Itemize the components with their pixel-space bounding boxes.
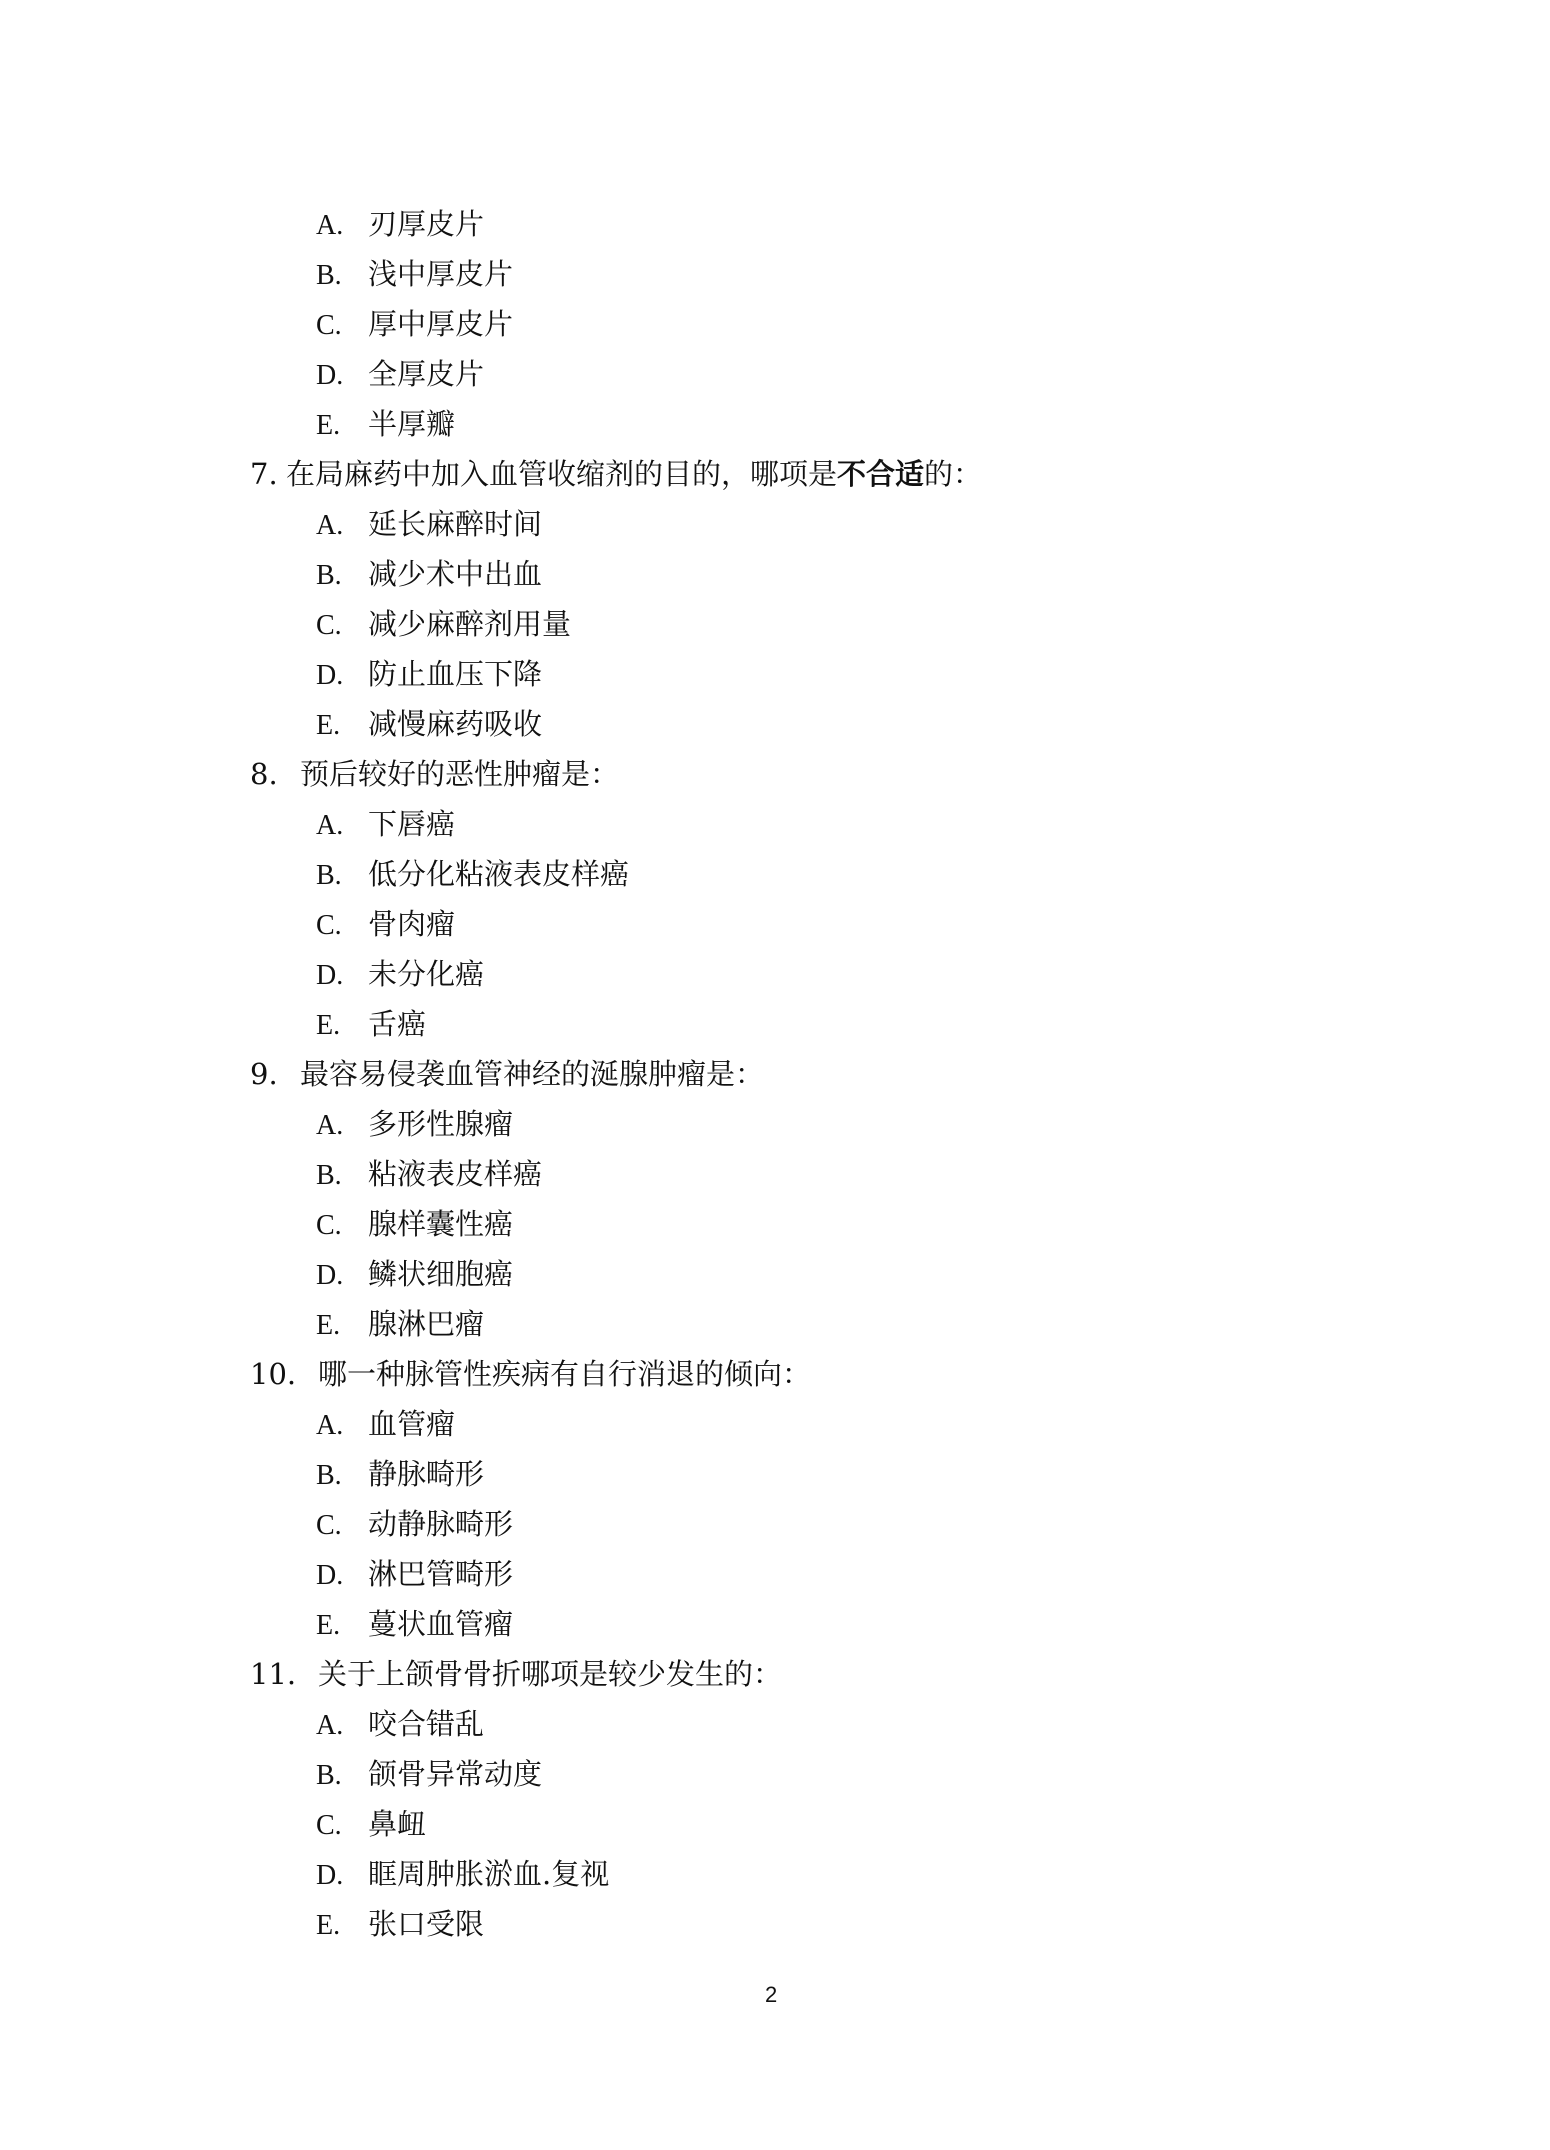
option-a: A.延长麻醉时间	[250, 499, 982, 549]
option-text: 粘液表皮样癌	[368, 1157, 542, 1191]
option-c: C.动静脉畸形	[250, 1499, 982, 1549]
option-label: A.	[316, 1701, 368, 1751]
option-label: A.	[316, 501, 368, 551]
option-c: C.骨肉瘤	[250, 899, 982, 949]
option-d: D.未分化癌	[250, 949, 982, 999]
option-e: E.减慢麻药吸收	[250, 699, 982, 749]
option-b: B.颌骨异常动度	[250, 1749, 982, 1799]
question-text: 预后较好的恶性肿瘤是：	[300, 757, 619, 791]
option-label: A.	[316, 1401, 368, 1451]
option-a: A.多形性腺瘤	[250, 1099, 982, 1149]
option-label: D.	[316, 951, 368, 1001]
option-a: A.咬合错乱	[250, 1699, 982, 1749]
option-text: 舌癌	[368, 1007, 426, 1041]
option-text: 多形性腺瘤	[368, 1107, 513, 1141]
option-label: E.	[316, 401, 368, 451]
option-label: D.	[316, 1251, 368, 1301]
option-label: B.	[316, 551, 368, 601]
option-e: E.半厚瓣	[250, 399, 982, 449]
question-11-stem: 11.关于上颌骨骨折哪项是较少发生的：	[250, 1649, 982, 1699]
option-text: 动静脉畸形	[368, 1507, 513, 1541]
question-text: 最容易侵袭血管神经的涎腺肿瘤是：	[300, 1057, 764, 1091]
option-d: D.鳞状细胞癌	[250, 1249, 982, 1299]
option-text: 延长麻醉时间	[368, 507, 542, 541]
option-label: D.	[316, 651, 368, 701]
option-text: 全厚皮片	[368, 357, 484, 391]
option-text: 鳞状细胞癌	[368, 1257, 513, 1291]
option-text: 浅中厚皮片	[368, 257, 513, 291]
option-label: E.	[316, 701, 368, 751]
option-text: 减少术中出血	[368, 557, 542, 591]
question-text: 在局麻药中加入血管收缩剂的目的，哪项是	[286, 457, 837, 491]
option-text: 低分化粘液表皮样癌	[368, 857, 629, 891]
option-text: 淋巴管畸形	[368, 1557, 513, 1591]
option-text: 颌骨异常动度	[368, 1757, 542, 1791]
option-label: C.	[316, 1801, 368, 1851]
option-b: B.粘液表皮样癌	[250, 1149, 982, 1199]
option-label: A.	[316, 801, 368, 851]
option-text: 眶周肿胀淤血.复视	[368, 1857, 609, 1891]
option-b: B.减少术中出血	[250, 549, 982, 599]
question-9-stem: 9.最容易侵袭血管神经的涎腺肿瘤是：	[250, 1049, 982, 1099]
question-list: A.刃厚皮片 B.浅中厚皮片 C.厚中厚皮片 D.全厚皮片 E.半厚瓣 7.在局…	[250, 199, 982, 1949]
question-text: 关于上颌骨骨折哪项是较少发生的：	[318, 1657, 782, 1691]
option-label: E.	[316, 1001, 368, 1051]
question-number: 10.	[250, 1349, 318, 1399]
question-7-stem: 7.在局麻药中加入血管收缩剂的目的，哪项是不合适的：	[250, 449, 982, 499]
question-number: 7.	[250, 449, 286, 499]
option-label: C.	[316, 901, 368, 951]
option-e: E.舌癌	[250, 999, 982, 1049]
option-c: C.腺样囊性癌	[250, 1199, 982, 1249]
option-text: 蔓状血管瘤	[368, 1607, 513, 1641]
question-number: 9.	[250, 1049, 300, 1099]
option-c: C.减少麻醉剂用量	[250, 599, 982, 649]
option-label: B.	[316, 1451, 368, 1501]
question-10-stem: 10.哪一种脉管性疾病有自行消退的倾向：	[250, 1349, 982, 1399]
option-label: D.	[316, 351, 368, 401]
option-d: D.淋巴管畸形	[250, 1549, 982, 1599]
option-text: 血管瘤	[368, 1407, 455, 1441]
option-e: E.蔓状血管瘤	[250, 1599, 982, 1649]
option-label: E.	[316, 1901, 368, 1951]
question-text: 哪一种脉管性疾病有自行消退的倾向：	[318, 1357, 811, 1391]
option-label: B.	[316, 851, 368, 901]
option-c: C.鼻衄	[250, 1799, 982, 1849]
document-page: A.刃厚皮片 B.浅中厚皮片 C.厚中厚皮片 D.全厚皮片 E.半厚瓣 7.在局…	[0, 0, 1550, 2150]
option-e: E.腺淋巴瘤	[250, 1299, 982, 1349]
option-text: 骨肉瘤	[368, 907, 455, 941]
question-text-end: 的：	[924, 457, 982, 491]
option-label: A.	[316, 201, 368, 251]
question-8-stem: 8.预后较好的恶性肿瘤是：	[250, 749, 982, 799]
option-label: A.	[316, 1101, 368, 1151]
option-b: B.浅中厚皮片	[250, 249, 982, 299]
option-label: D.	[316, 1551, 368, 1601]
option-text: 静脉畸形	[368, 1457, 484, 1491]
option-text: 半厚瓣	[368, 407, 455, 441]
option-text: 腺淋巴瘤	[368, 1307, 484, 1341]
option-text: 腺样囊性癌	[368, 1207, 513, 1241]
option-label: C.	[316, 301, 368, 351]
option-text: 未分化癌	[368, 957, 484, 991]
option-label: C.	[316, 1201, 368, 1251]
option-text: 减慢麻药吸收	[368, 707, 542, 741]
option-d: D.防止血压下降	[250, 649, 982, 699]
option-b: B.低分化粘液表皮样癌	[250, 849, 982, 899]
option-text: 下唇癌	[368, 807, 455, 841]
option-label: B.	[316, 1151, 368, 1201]
question-number: 11.	[250, 1649, 318, 1699]
option-text: 减少麻醉剂用量	[368, 607, 571, 641]
option-text: 厚中厚皮片	[368, 307, 513, 341]
option-c: C.厚中厚皮片	[250, 299, 982, 349]
option-label: B.	[316, 1751, 368, 1801]
question-number: 8.	[250, 749, 300, 799]
option-label: B.	[316, 251, 368, 301]
option-e: E.张口受限	[250, 1899, 982, 1949]
option-d: D.眶周肿胀淤血.复视	[250, 1849, 982, 1899]
option-label: C.	[316, 601, 368, 651]
option-a: A.下唇癌	[250, 799, 982, 849]
option-label: E.	[316, 1301, 368, 1351]
question-emphasis: 不合适	[837, 457, 924, 491]
option-label: C.	[316, 1501, 368, 1551]
option-label: E.	[316, 1601, 368, 1651]
option-text: 鼻衄	[368, 1807, 426, 1841]
option-a: A.刃厚皮片	[250, 199, 982, 249]
option-text: 咬合错乱	[368, 1707, 484, 1741]
option-text: 张口受限	[368, 1907, 484, 1941]
page-number: 2	[765, 1982, 777, 2008]
option-a: A.血管瘤	[250, 1399, 982, 1449]
option-d: D.全厚皮片	[250, 349, 982, 399]
option-text: 刃厚皮片	[368, 207, 484, 241]
option-b: B.静脉畸形	[250, 1449, 982, 1499]
option-label: D.	[316, 1851, 368, 1901]
option-text: 防止血压下降	[368, 657, 542, 691]
